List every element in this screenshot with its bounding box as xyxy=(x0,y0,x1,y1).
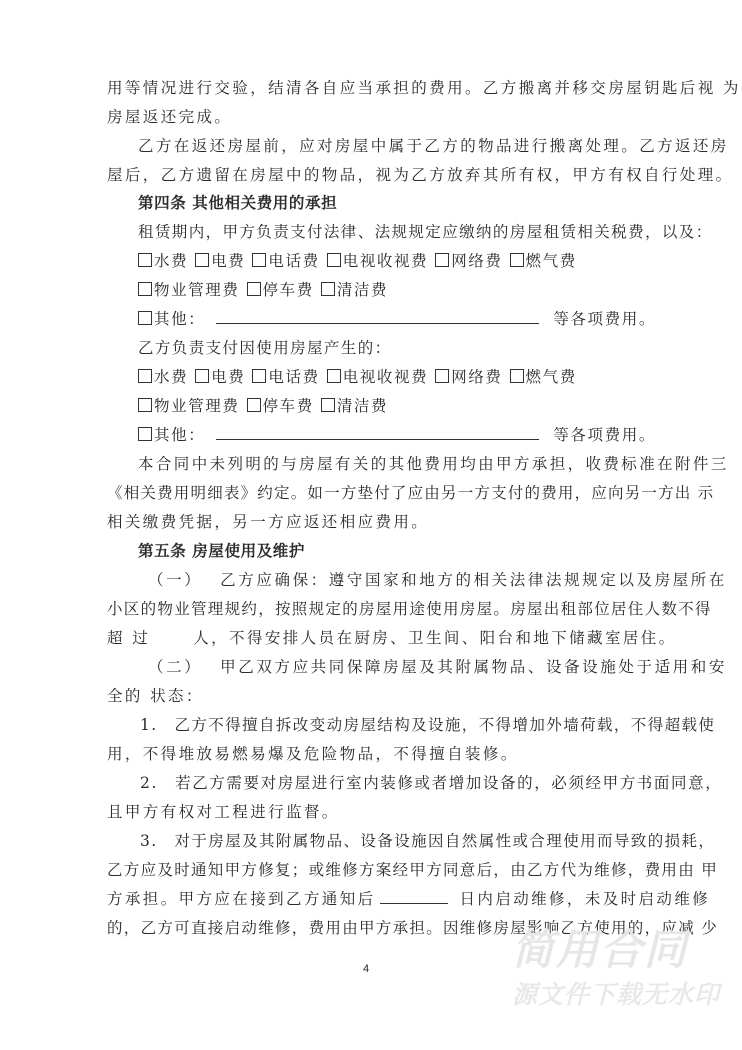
fee-checkbox[interactable]: 电话费 xyxy=(252,367,319,387)
checkbox-icon xyxy=(435,369,449,383)
checkbox-icon xyxy=(252,253,266,267)
checkbox-icon xyxy=(321,282,335,296)
text-line: 3. 对于房屋及其附属物品、设备设施因自然属性或合理使用而导致的损耗， xyxy=(140,831,685,851)
text-line-with-blank: 方承担。甲方应在接到乙方通知后日内启动维修，未及时启动维修 xyxy=(107,889,652,909)
fee-checkbox[interactable]: 水费 xyxy=(138,251,188,271)
fee-checkbox[interactable]: 水费 xyxy=(138,367,188,387)
party-b-other-fees: 其他：等各项费用。 xyxy=(138,425,683,445)
checkbox-icon xyxy=(138,282,152,296)
document-page: 用等情况进行交验，结清各自应当承担的费用。乙方搬离并移交房屋钥匙后视 为 房屋返… xyxy=(0,0,742,1050)
party-a-fees-row2: 物业管理费停车费清洁费 xyxy=(138,280,683,300)
fee-checkbox[interactable]: 物业管理费 xyxy=(138,280,240,300)
fee-checkbox[interactable]: 电视收视费 xyxy=(327,251,429,271)
checkbox-icon xyxy=(435,253,449,267)
party-b-fees-row2: 物业管理费停车费清洁费 xyxy=(138,396,683,416)
text-line: 超 过 人，不得安排人员在厨房、卫生间、阳台和地下储藏室居住。 xyxy=(107,628,652,648)
repair-days-blank-field[interactable] xyxy=(380,889,448,904)
text-line: 用，不得堆放易燃易爆及危险物品，不得擅自装修。 xyxy=(107,744,652,764)
checkbox-icon xyxy=(321,398,335,412)
other-fees-blank-field[interactable] xyxy=(216,309,539,324)
fee-checkbox[interactable]: 电视收视费 xyxy=(327,367,429,387)
fee-checkbox[interactable]: 电话费 xyxy=(252,251,319,271)
page-number: 4 xyxy=(363,963,369,975)
checkbox-icon xyxy=(510,253,524,267)
text-line: 本合同中未列明的与房屋有关的其他费用均由甲方承担，收费标准在附件三 xyxy=(138,454,652,474)
other-fees-blank-field[interactable] xyxy=(216,425,539,440)
fee-checkbox[interactable]: 燃气费 xyxy=(510,251,577,271)
checkbox-icon xyxy=(195,253,209,267)
checkbox-icon xyxy=(327,253,341,267)
text-line: 《相关费用明细表》约定。如一方垫付了应由另一方支付的费用，应向另一方出 示 xyxy=(107,483,652,503)
watermark-subtext: 源文件下载无水印 xyxy=(512,975,720,1011)
text-line: 房屋返还完成。 xyxy=(107,107,652,127)
text-line: 用等情况进行交验，结清各自应当承担的费用。乙方搬离并移交房屋钥匙后视 为 xyxy=(107,78,652,98)
checkbox-icon xyxy=(138,398,152,412)
text-line: 全的 状态： xyxy=(107,686,652,706)
fee-checkbox[interactable]: 物业管理费 xyxy=(138,396,240,416)
checkbox-icon xyxy=(138,369,152,383)
checkbox-icon xyxy=(252,369,266,383)
fee-checkbox[interactable]: 燃气费 xyxy=(510,367,577,387)
text-line: 且甲方有权对工程进行监督。 xyxy=(107,802,652,822)
party-b-fees-row1: 水费电费电话费电视收视费网络费燃气费 xyxy=(138,367,683,387)
checkbox-icon xyxy=(195,369,209,383)
checkbox-icon xyxy=(247,282,261,296)
fee-checkbox[interactable]: 清洁费 xyxy=(321,280,388,300)
party-a-fees-intro: 租赁期内，甲方负责支付法律、法规规定应缴纳的房屋租赁相关税费，以及： xyxy=(138,222,683,242)
watermark-logo-text: 简用合同 xyxy=(512,917,688,977)
party-b-fees-intro: 乙方负责支付因使用房屋产生的： xyxy=(138,338,683,358)
fee-checkbox[interactable]: 清洁费 xyxy=(321,396,388,416)
text-line: 屋后，乙方遗留在房屋中的物品，视为乙方放弃其所有权，甲方有权自行处理。 xyxy=(107,165,652,185)
fee-checkbox[interactable]: 停车费 xyxy=(247,280,314,300)
fee-checkbox[interactable]: 停车费 xyxy=(247,396,314,416)
text-line: 相关缴费凭据，另一方应返还相应费用。 xyxy=(107,512,652,532)
other-checkbox[interactable]: 其他： xyxy=(138,425,205,445)
text-line: 小区的物业管理规约，按照规定的房屋用途使用房屋。房屋出租部位居住人数不得 xyxy=(107,599,652,619)
checkbox-icon xyxy=(247,398,261,412)
text-line: 2. 若乙方需要对房屋进行室内装修或者增加设备的，必须经甲方书面同意， xyxy=(140,773,685,793)
section-5-title: 第五条 房屋使用及维护 xyxy=(138,541,683,561)
fee-checkbox[interactable]: 网络费 xyxy=(435,367,502,387)
section-4-title: 第四条 其他相关费用的承担 xyxy=(138,193,683,213)
checkbox-icon xyxy=(138,427,152,441)
checkbox-icon xyxy=(138,253,152,267)
text-line: （二） 甲乙双方应共同保障房屋及其附属物品、设备设施处于适用和安 xyxy=(148,657,693,677)
party-a-fees-row1: 水费电费电话费电视收视费网络费燃气费 xyxy=(138,251,683,271)
checkbox-icon xyxy=(327,369,341,383)
other-checkbox[interactable]: 其他： xyxy=(138,309,205,329)
text-line: 乙方在返还房屋前，应对房屋中属于乙方的物品进行搬离处理。乙方返还房 xyxy=(138,136,652,156)
checkbox-icon xyxy=(510,369,524,383)
fee-checkbox[interactable]: 网络费 xyxy=(435,251,502,271)
fee-checkbox[interactable]: 电费 xyxy=(195,367,245,387)
party-a-other-fees: 其他：等各项费用。 xyxy=(138,309,683,329)
text-line: 乙方应及时通知甲方修复；或维修方案经甲方同意后，由乙方代为维修，费用由 甲 xyxy=(107,860,652,880)
fee-checkbox[interactable]: 电费 xyxy=(195,251,245,271)
text-line: 1. 乙方不得擅自拆改变动房屋结构及设施，不得增加外墙荷载，不得超载使 xyxy=(140,715,685,735)
text-line: （一） 乙方应确保：遵守国家和地方的相关法律法规规定以及房屋所在 xyxy=(148,570,693,590)
checkbox-icon xyxy=(138,311,152,325)
